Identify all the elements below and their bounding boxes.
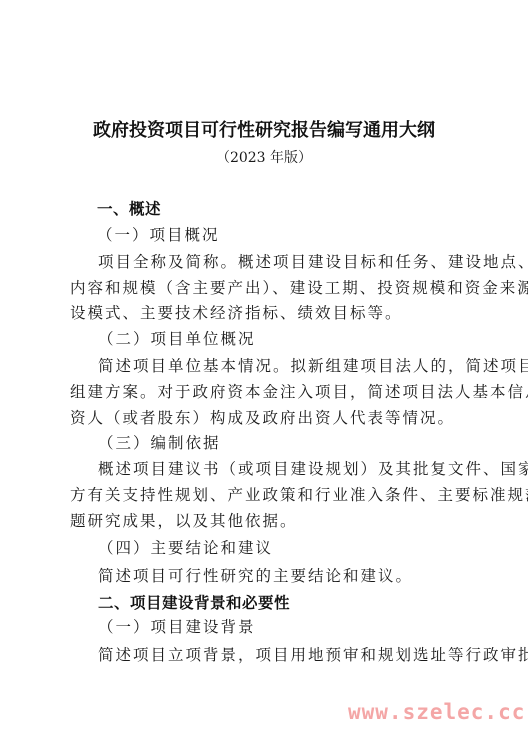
paragraph-line: 简述项目可行性研究的主要结论和建议。 bbox=[98, 566, 413, 586]
paragraph-line: 项目全称及简称。概述项目建设目标和任务、建设地点、建设 bbox=[98, 252, 528, 272]
subsection-heading-conclusions: （四）主要结论和建议 bbox=[98, 538, 273, 558]
paragraph-line: 组建方案。对于政府资本金注入项目，简述项目法人基本信息、投 bbox=[70, 382, 528, 402]
document-title: 政府投资项目可行性研究报告编写通用大纲 bbox=[0, 116, 528, 142]
subsection-heading-basis: （三）编制依据 bbox=[98, 433, 221, 453]
paragraph-line: 内容和规模（含主要产出）、建设工期、投资规模和资金来源、建 bbox=[70, 278, 528, 298]
paragraph-line: 简述项目单位基本情况。拟新组建项目法人的，简述项目法人 bbox=[98, 356, 528, 376]
section-heading-background: 二、项目建设背景和必要性 bbox=[98, 593, 290, 613]
paragraph-line: 方有关支持性规划、产业政策和行业准入条件、主要标准规范、专 bbox=[70, 485, 528, 505]
section-heading-overview: 一、概述 bbox=[97, 199, 161, 219]
paragraph-line: 简述项目立项背景，项目用地预审和规划选址等行政审批手续 bbox=[98, 645, 528, 665]
subsection-heading-project-overview: （一）项目概况 bbox=[97, 225, 220, 245]
subsection-heading-project-background: （一）项目建设背景 bbox=[98, 617, 256, 637]
watermark: www.szelec.cc bbox=[348, 700, 525, 724]
document-subtitle: （2023 年版） bbox=[0, 147, 528, 167]
paragraph-line: 概述项目建议书（或项目建设规划）及其批复文件、国家和地 bbox=[98, 459, 528, 479]
subsection-heading-project-unit: （二）项目单位概况 bbox=[98, 329, 256, 349]
document-page: 政府投资项目可行性研究报告编写通用大纲 （2023 年版） 一、概述 （一）项目… bbox=[0, 0, 528, 741]
paragraph-line: 题研究成果，以及其他依据。 bbox=[70, 511, 298, 531]
paragraph-line: 资人（或者股东）构成及政府出资人代表等情况。 bbox=[70, 408, 455, 428]
paragraph-line: 设模式、主要技术经济指标、绩效目标等。 bbox=[70, 303, 403, 323]
